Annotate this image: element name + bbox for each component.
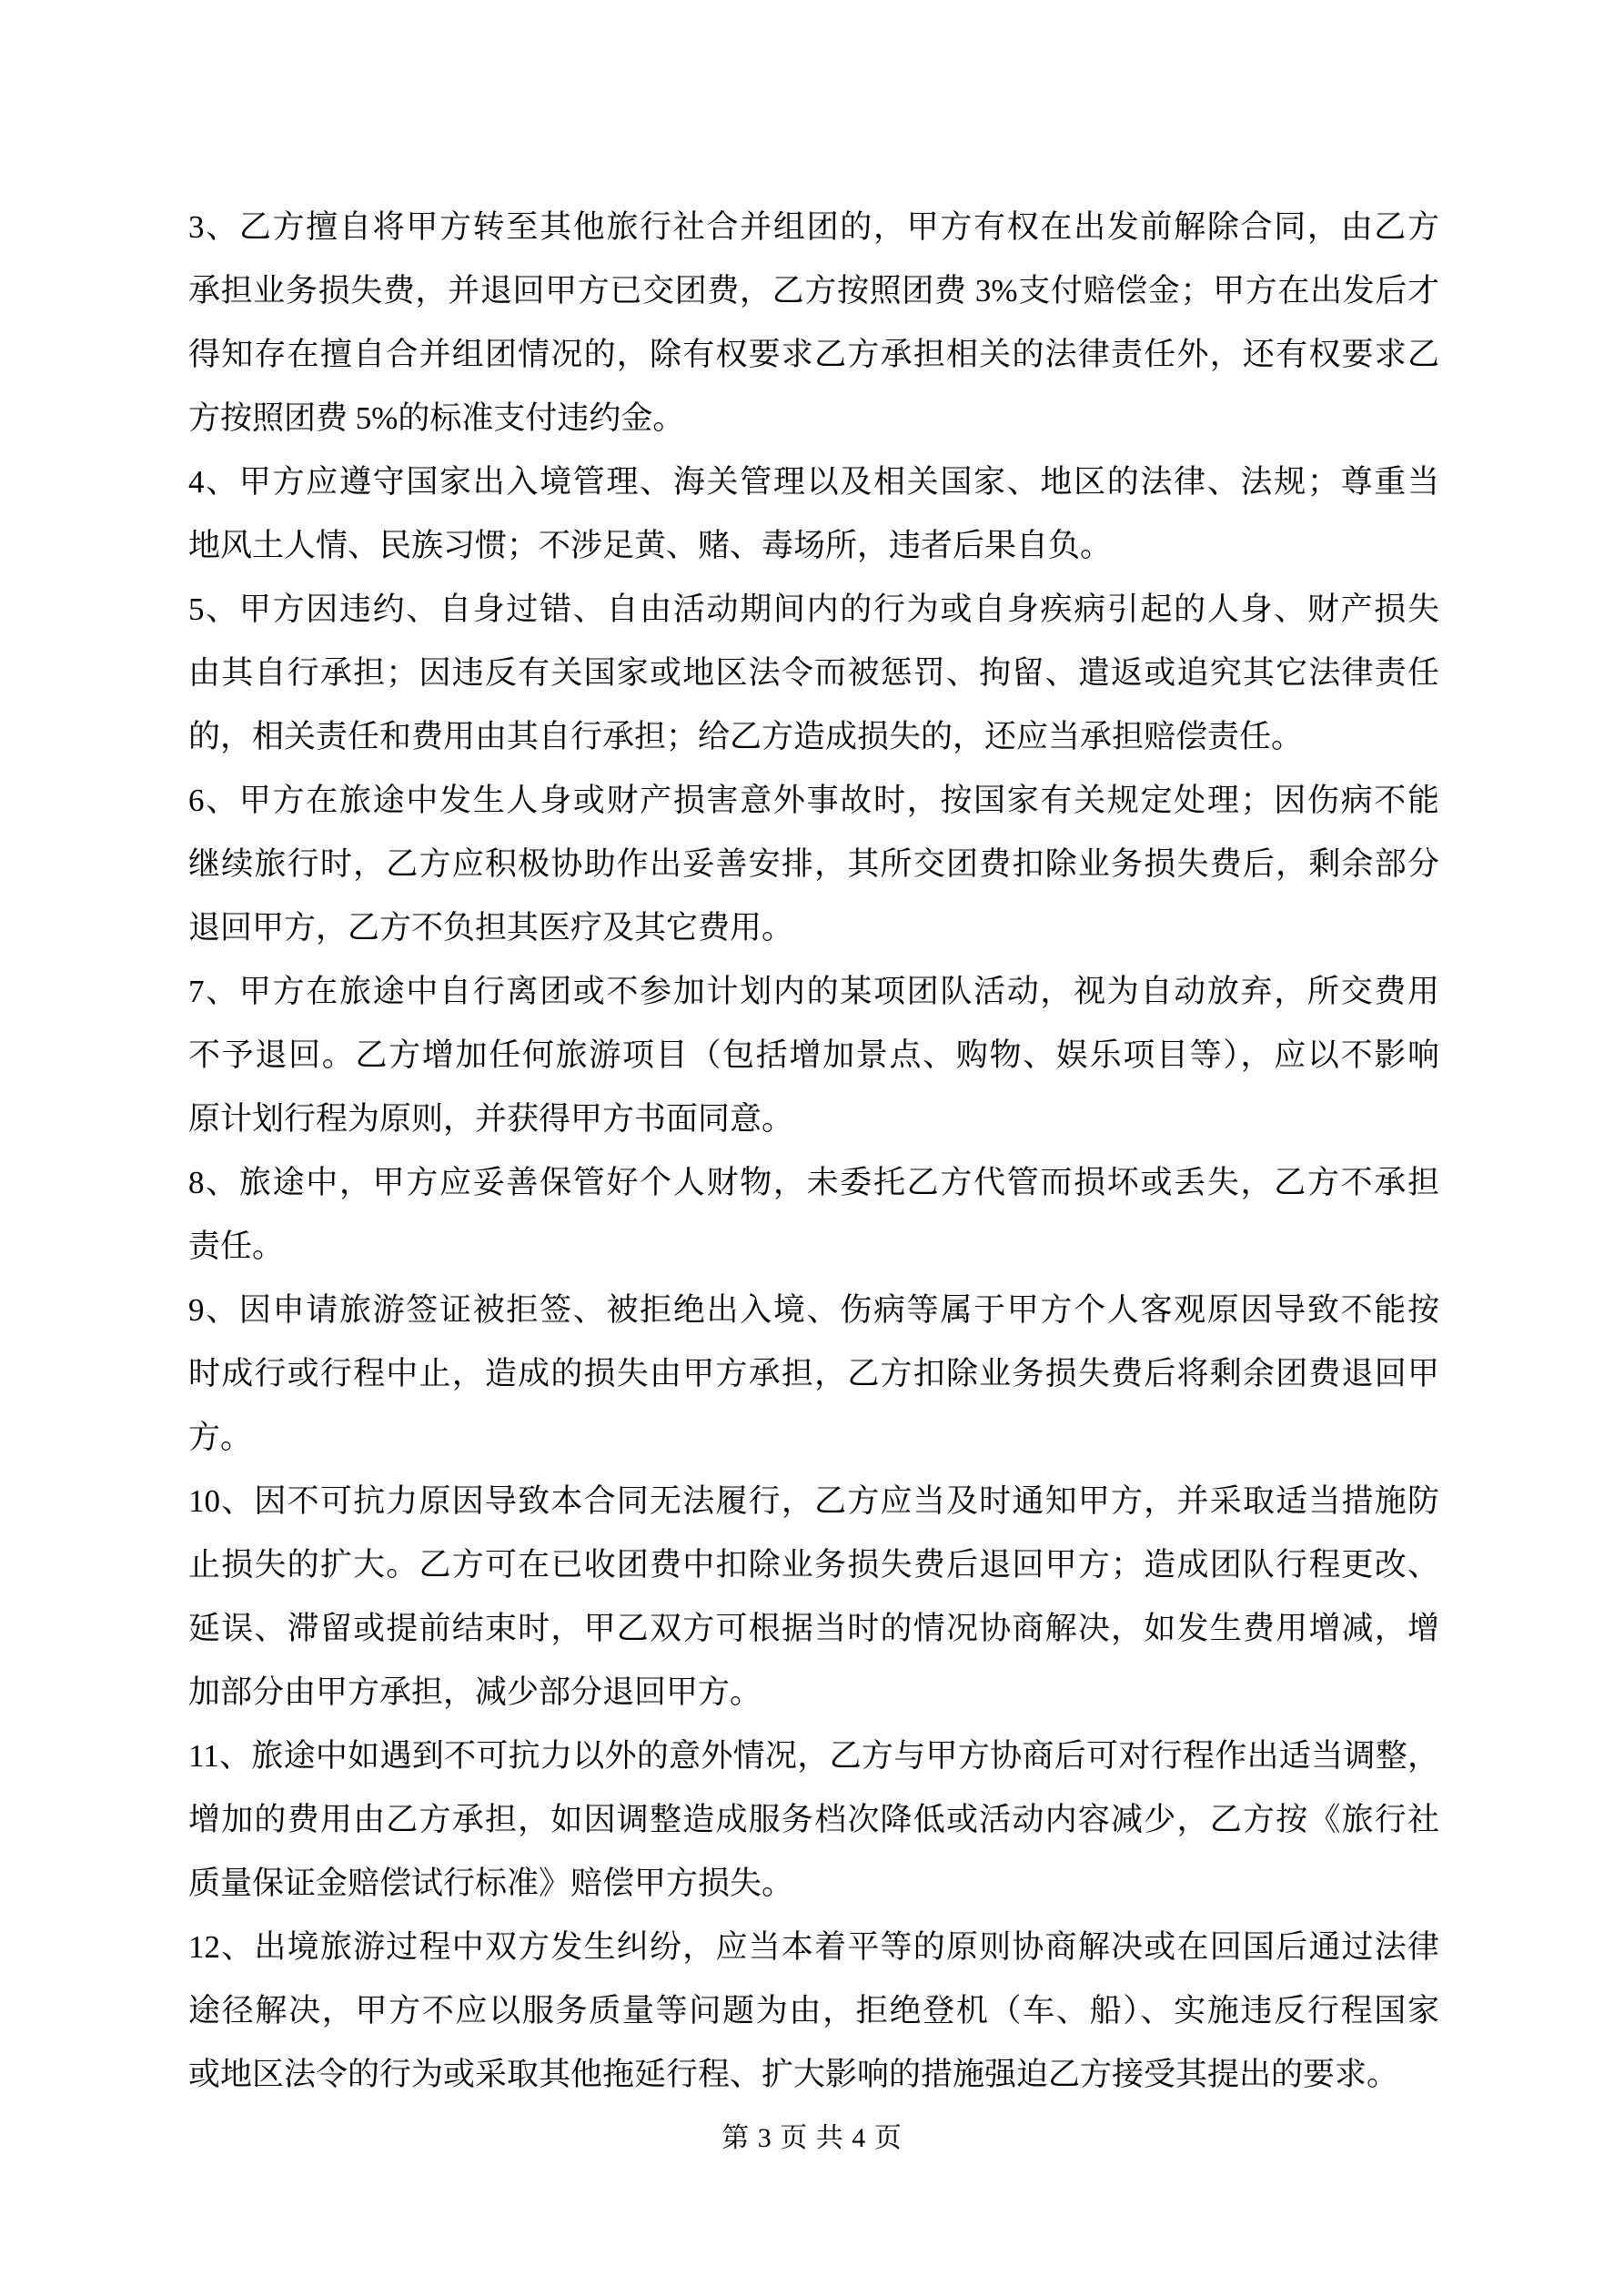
clause-8: 8、旅途中，甲方应妥善保管好个人财物，未委托乙方代管而损坏或丢失，乙方不承担 责… bbox=[188, 1151, 1439, 1279]
contract-body: 3、乙方擅自将甲方转至其他旅行社合并组团的，甲方有权在出发前解除合同，由乙方 承… bbox=[188, 196, 1439, 2107]
text-line: 增加的费用由乙方承担，如因调整造成服务档次降低或活动内容减少，乙方按《旅行社 bbox=[188, 1788, 1439, 1852]
text-line: 11、旅途中如遇到不可抗力以外的意外情况，乙方与甲方协商后可对行程作出适当调整， bbox=[188, 1725, 1439, 1788]
text-line: 继续旅行时，乙方应积极协助作出妥善安排，其所交团费扣除业务损失费后，剩余部分 bbox=[188, 833, 1439, 896]
text-line: 时成行或行程中止，造成的损失由甲方承担，乙方扣除业务损失费后将剩余团费退回甲 bbox=[188, 1342, 1439, 1406]
clause-11: 11、旅途中如遇到不可抗力以外的意外情况，乙方与甲方协商后可对行程作出适当调整，… bbox=[188, 1725, 1439, 1916]
text-line: 止损失的扩大。乙方可在已收团费中扣除业务损失费后退回甲方；造成团队行程更改、 bbox=[188, 1533, 1439, 1597]
text-line: 5、甲方因违约、自身过错、自由活动期间内的行为或自身疾病引起的人身、财产损失 bbox=[188, 578, 1439, 642]
contract-document-page: 3、乙方擅自将甲方转至其他旅行社合并组团的，甲方有权在出发前解除合同，由乙方 承… bbox=[0, 0, 1624, 2296]
text-line: 方。 bbox=[188, 1406, 1439, 1470]
clause-3: 3、乙方擅自将甲方转至其他旅行社合并组团的，甲方有权在出发前解除合同，由乙方 承… bbox=[188, 196, 1439, 450]
clause-6: 6、甲方在旅途中发生人身或财产损害意外事故时，按国家有关规定处理；因伤病不能 继… bbox=[188, 769, 1439, 960]
text-line: 方按照团费 5%的标准支付违约金。 bbox=[188, 387, 1439, 450]
text-line: 或地区法令的行为或采取其他拖延行程、扩大影响的措施强迫乙方接受其提出的要求。 bbox=[188, 2043, 1439, 2107]
clause-4: 4、甲方应遵守国家出入境管理、海关管理以及相关国家、地区的法律、法规；尊重当 地… bbox=[188, 450, 1439, 578]
text-line: 承担业务损失费，并退回甲方已交团费，乙方按照团费 3%支付赔偿金；甲方在出发后才 bbox=[188, 259, 1439, 323]
text-line: 12、出境旅游过程中双方发生纠纷，应当本着平等的原则协商解决或在回国后通过法律 bbox=[188, 1916, 1439, 1979]
text-line: 的，相关责任和费用由其自行承担；给乙方造成损失的，还应当承担赔偿责任。 bbox=[188, 705, 1439, 769]
text-line: 4、甲方应遵守国家出入境管理、海关管理以及相关国家、地区的法律、法规；尊重当 bbox=[188, 450, 1439, 514]
text-line: 地风土人情、民族习惯；不涉足黄、赌、毒场所，违者后果自负。 bbox=[188, 514, 1439, 578]
text-line: 质量保证金赔偿试行标准》赔偿甲方损失。 bbox=[188, 1852, 1439, 1916]
text-line: 延误、滞留或提前结束时，甲乙双方可根据当时的情况协商解决，如发生费用增减，增 bbox=[188, 1597, 1439, 1661]
clause-5: 5、甲方因违约、自身过错、自由活动期间内的行为或自身疾病引起的人身、财产损失 由… bbox=[188, 578, 1439, 769]
clause-7: 7、甲方在旅途中自行离团或不参加计划内的某项团队活动，视为自动放弃，所交费用 不… bbox=[188, 960, 1439, 1151]
page-number-footer: 第 3 页 共 4 页 bbox=[0, 2120, 1624, 2157]
text-line: 9、因申请旅游签证被拒签、被拒绝出入境、伤病等属于甲方个人客观原因导致不能按 bbox=[188, 1279, 1439, 1342]
text-line: 由其自行承担；因违反有关国家或地区法令而被惩罚、拘留、遣返或追究其它法律责任 bbox=[188, 642, 1439, 705]
text-line: 8、旅途中，甲方应妥善保管好个人财物，未委托乙方代管而损坏或丢失，乙方不承担 bbox=[188, 1151, 1439, 1215]
text-line: 6、甲方在旅途中发生人身或财产损害意外事故时，按国家有关规定处理；因伤病不能 bbox=[188, 769, 1439, 833]
text-line: 3、乙方擅自将甲方转至其他旅行社合并组团的，甲方有权在出发前解除合同，由乙方 bbox=[188, 196, 1439, 259]
text-line: 10、因不可抗力原因导致本合同无法履行，乙方应当及时通知甲方，并采取适当措施防 bbox=[188, 1470, 1439, 1533]
text-line: 责任。 bbox=[188, 1215, 1439, 1279]
text-line: 退回甲方，乙方不负担其医疗及其它费用。 bbox=[188, 896, 1439, 960]
text-line: 途径解决，甲方不应以服务质量等问题为由，拒绝登机（车、船）、实施违反行程国家 bbox=[188, 1979, 1439, 2043]
text-line: 原计划行程为原则，并获得甲方书面同意。 bbox=[188, 1087, 1439, 1151]
text-line: 7、甲方在旅途中自行离团或不参加计划内的某项团队活动，视为自动放弃，所交费用 bbox=[188, 960, 1439, 1024]
text-line: 不予退回。乙方增加任何旅游项目（包括增加景点、购物、娱乐项目等），应以不影响 bbox=[188, 1024, 1439, 1087]
clause-10: 10、因不可抗力原因导致本合同无法履行，乙方应当及时通知甲方，并采取适当措施防 … bbox=[188, 1470, 1439, 1725]
text-line: 加部分由甲方承担，减少部分退回甲方。 bbox=[188, 1661, 1439, 1725]
text-line: 得知存在擅自合并组团情况的，除有权要求乙方承担相关的法律责任外，还有权要求乙 bbox=[188, 323, 1439, 387]
clause-9: 9、因申请旅游签证被拒签、被拒绝出入境、伤病等属于甲方个人客观原因导致不能按 时… bbox=[188, 1279, 1439, 1470]
clause-12: 12、出境旅游过程中双方发生纠纷，应当本着平等的原则协商解决或在回国后通过法律 … bbox=[188, 1916, 1439, 2107]
